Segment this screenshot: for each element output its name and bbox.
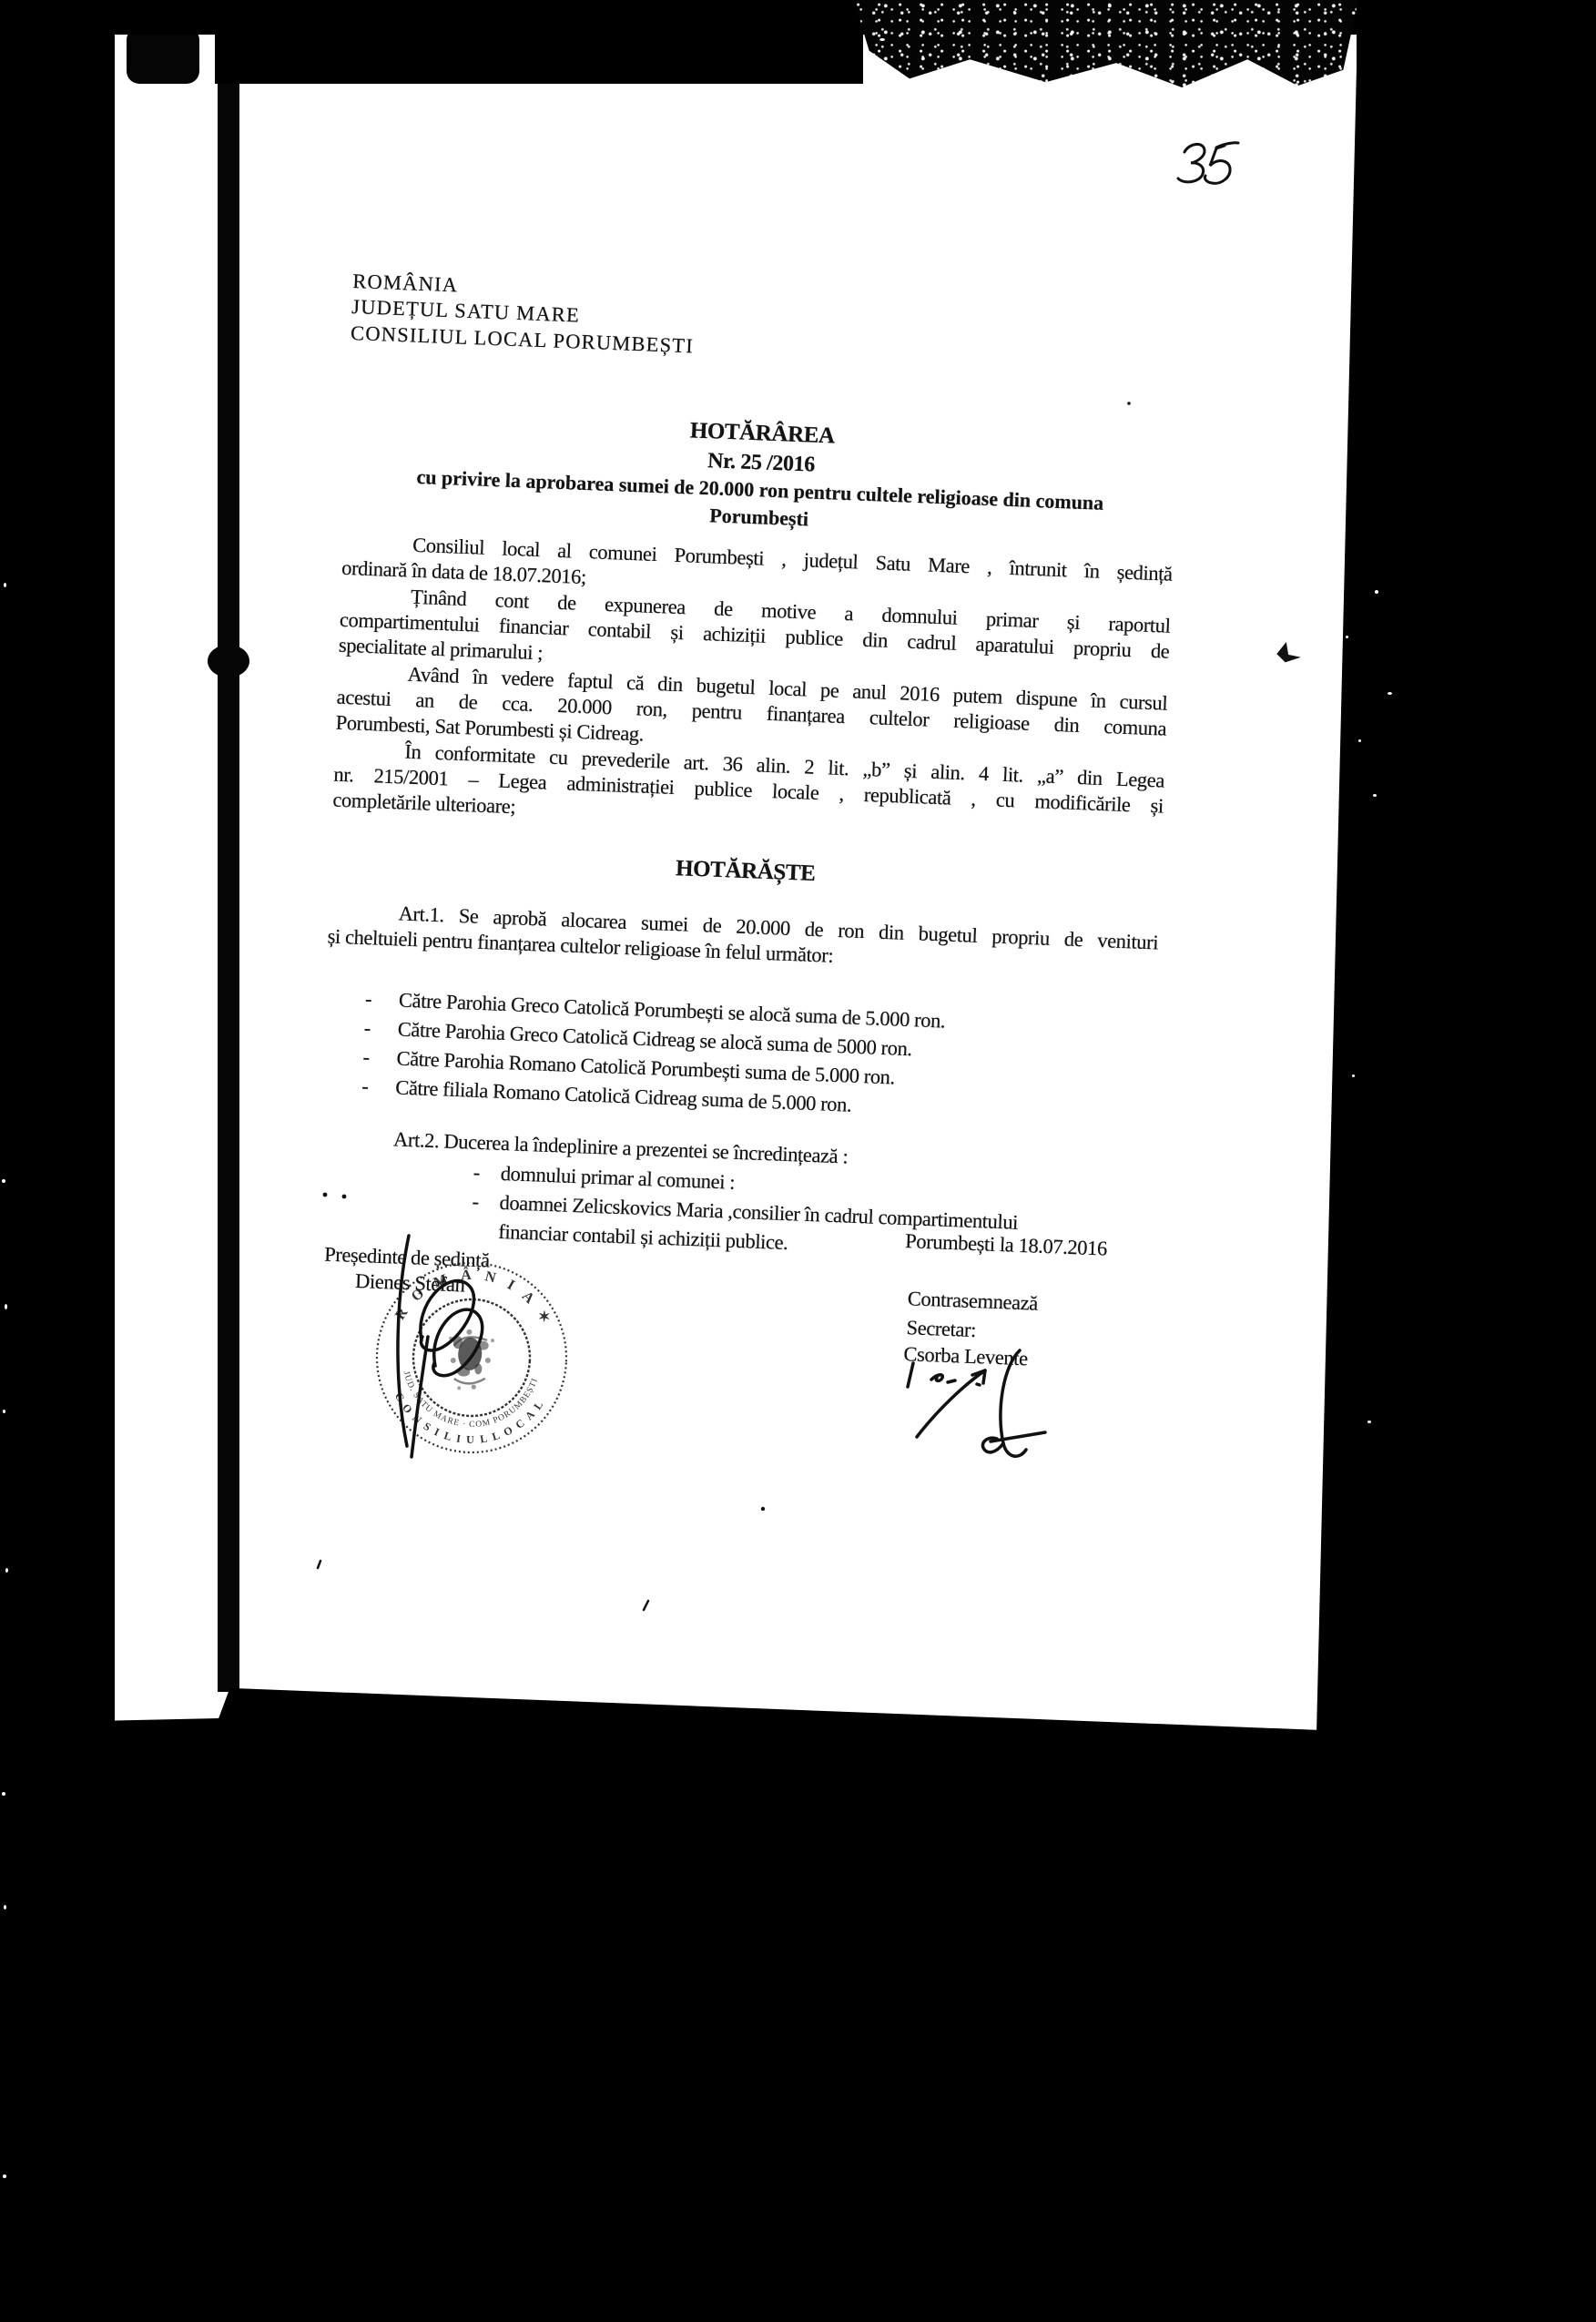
noise-speck	[1352, 1074, 1355, 1077]
noise-speck	[3, 2174, 6, 2178]
noise-speck	[2, 1792, 5, 1796]
noise-speck	[879, 38, 885, 41]
noise-speck	[1346, 636, 1348, 638]
noise-speck	[1375, 590, 1378, 594]
noise-speck	[1388, 692, 1392, 695]
noise-speck	[1358, 739, 1361, 742]
noise-speck	[5, 1568, 8, 1573]
noise-speck	[1367, 1421, 1371, 1423]
noise-speck	[1373, 794, 1377, 797]
scanned-document-page: ROMÂNIA JUDEȚUL SATU MARE CONSILIUL LOCA…	[0, 0, 1596, 2322]
noise-speck	[2, 1179, 5, 1183]
noise-speck	[3, 1410, 5, 1413]
noise-speck	[4, 1905, 6, 1910]
scan-bottom-margin	[0, 0, 1596, 2322]
noise-speck	[5, 1304, 7, 1309]
noise-speck	[4, 583, 6, 587]
